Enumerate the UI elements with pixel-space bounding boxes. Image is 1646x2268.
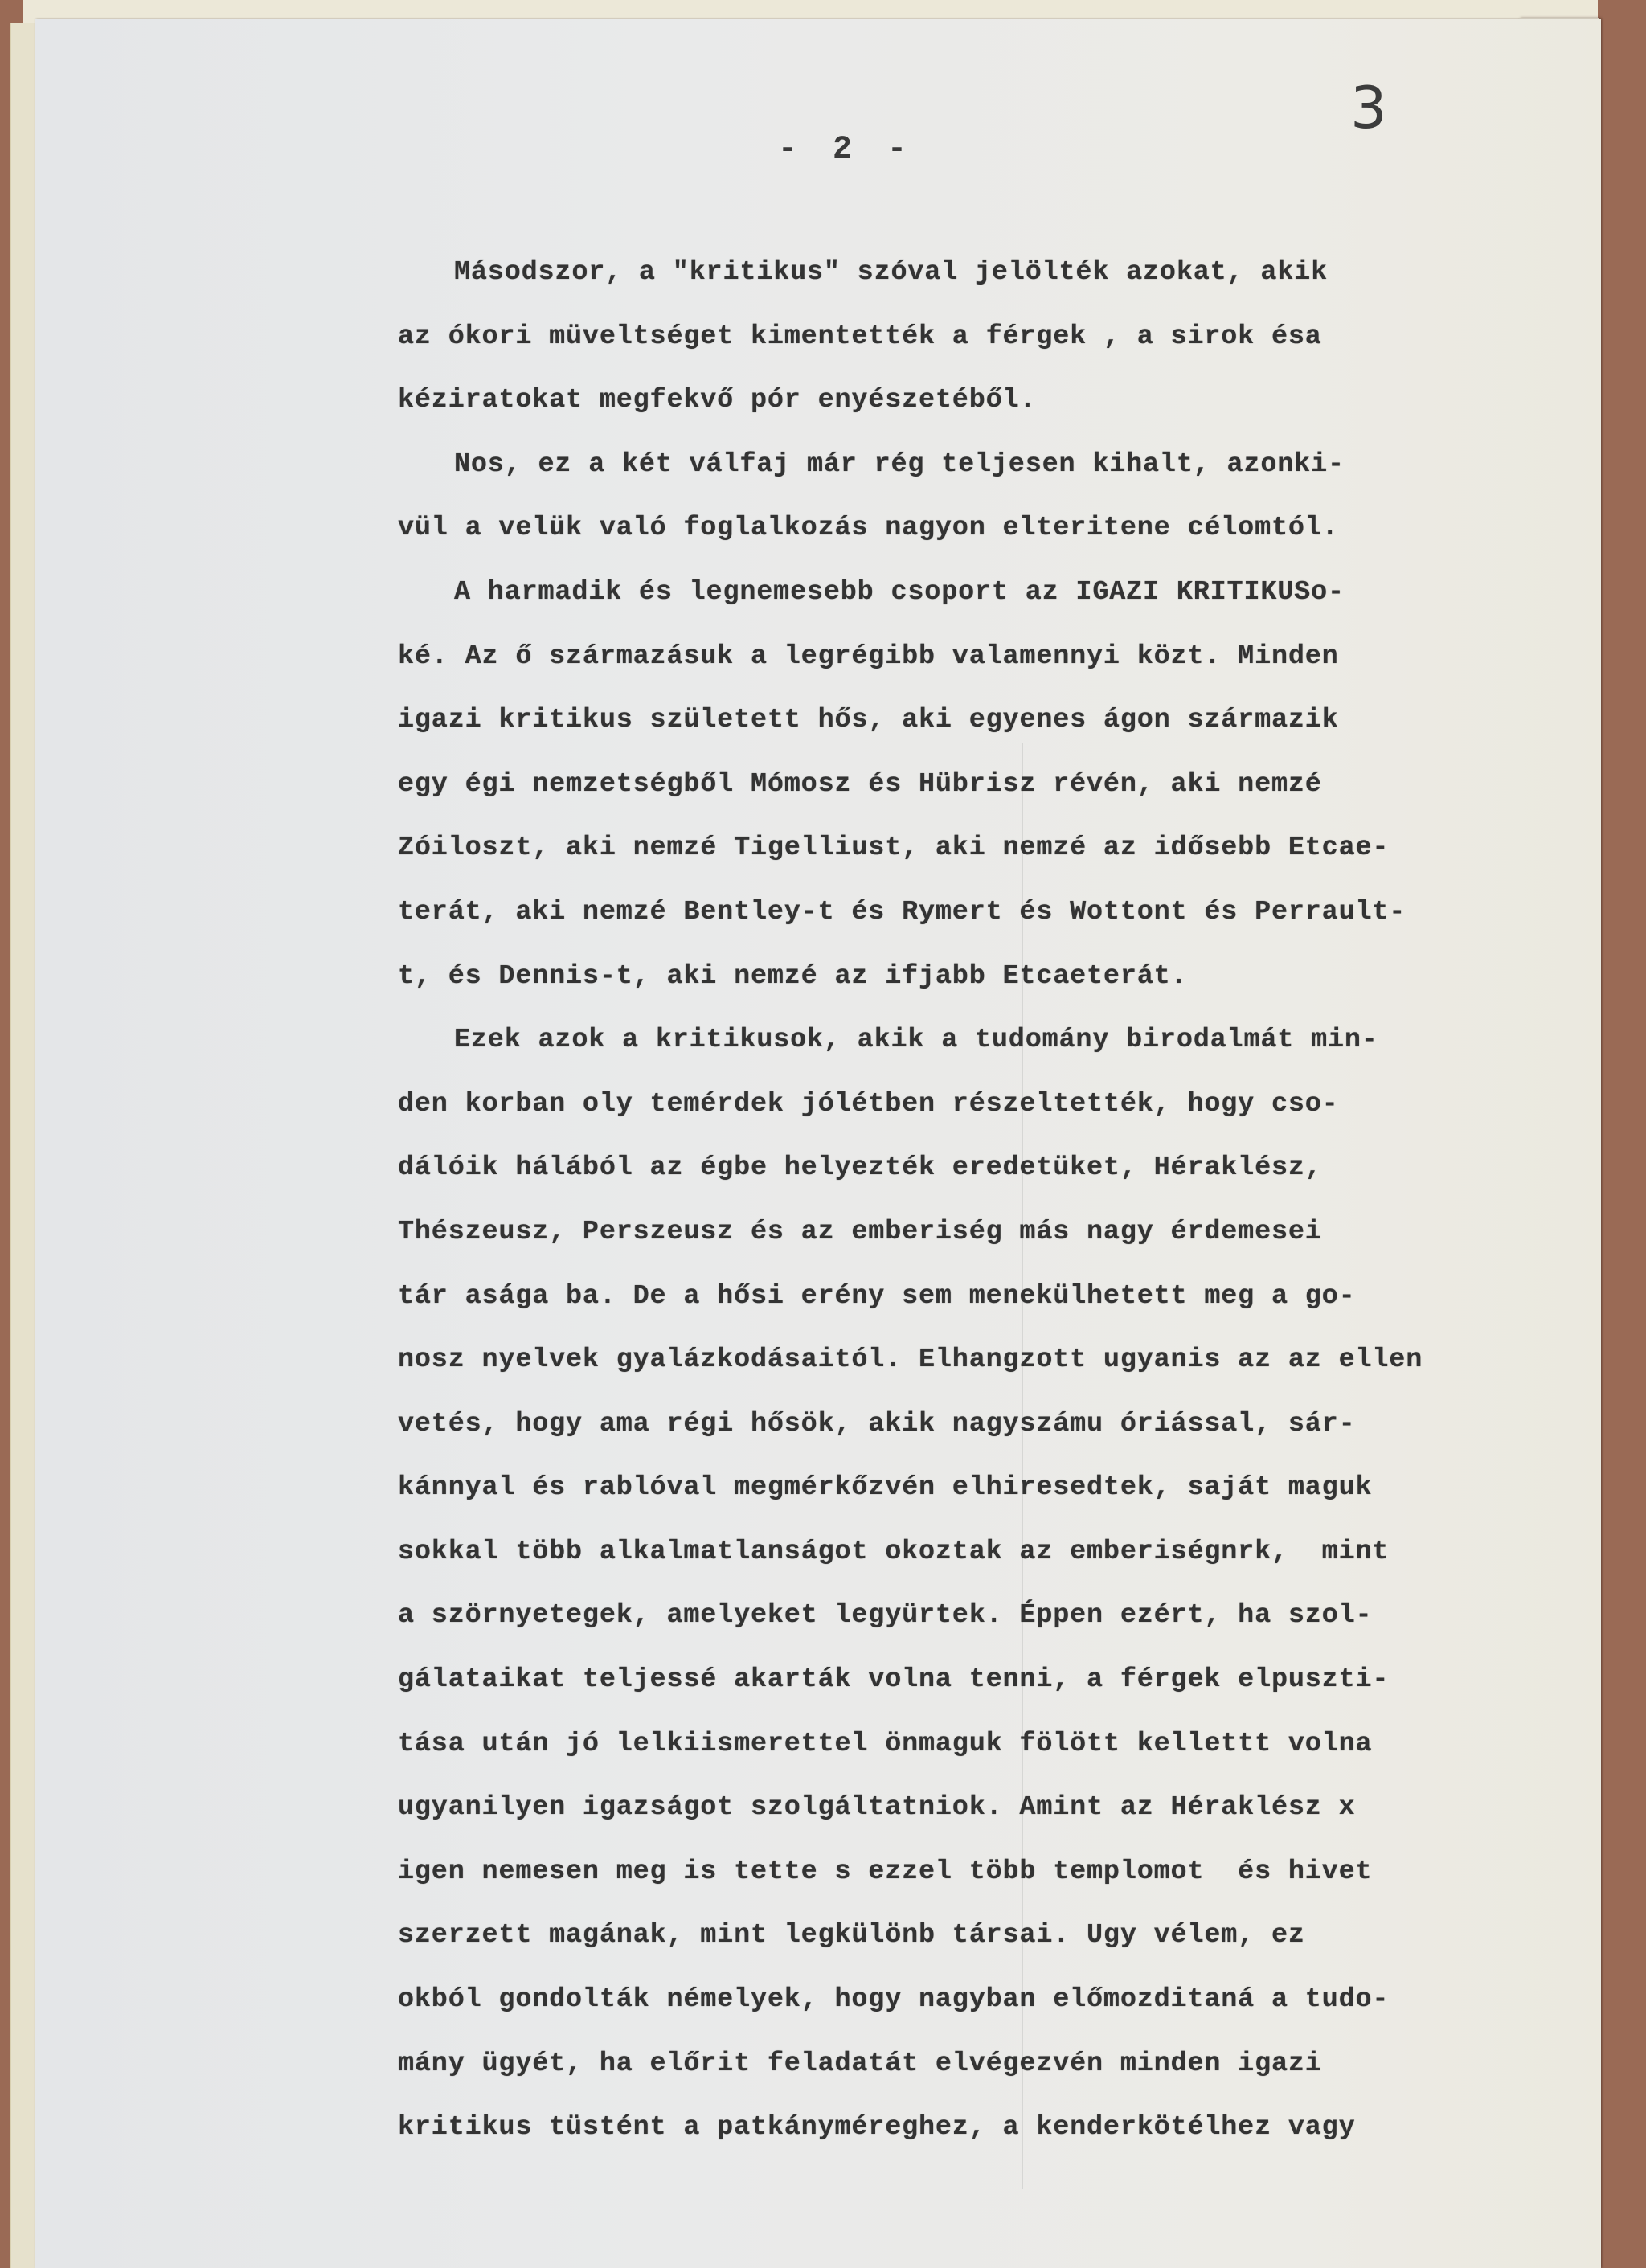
- text-line: tása után jó lelkiismerettel önmaguk föl…: [398, 1713, 1646, 1777]
- text-line: a szörnyetegek, amelyeket legyürtek. Épp…: [398, 1584, 1646, 1648]
- text-line: okból gondolták némelyek, hogy nagyban e…: [398, 1968, 1646, 2033]
- text-line: nosz nyelvek gyalázkodásaitól. Elhangzot…: [398, 1328, 1646, 1393]
- text-line: ugyanilyen igazságot szolgáltatniok. Ami…: [398, 1776, 1646, 1840]
- text-line: Másodszor, a "kritikus" szóval jelölték …: [398, 241, 1646, 305]
- text-line: igen nemesen meg is tette s ezzel több t…: [398, 1840, 1646, 1905]
- text-line: A harmadik és legnemesebb csoport az IGA…: [398, 561, 1646, 625]
- typed-page-number: - 2 -: [778, 132, 915, 168]
- body-text: Másodszor, a "kritikus" szóval jelölték …: [398, 241, 1646, 2160]
- text-line: kánnyal és rablóval megmérkőzvén elhires…: [398, 1456, 1646, 1521]
- text-line: terát, aki nemzé Bentley-t és Rymert és …: [398, 881, 1646, 945]
- text-line: kéziratokat megfekvő pór enyészetéből.: [398, 369, 1646, 433]
- text-line: vül a velük való foglalkozás nagyon elte…: [398, 497, 1646, 561]
- text-line: Zóiloszt, aki nemzé Tigelliust, aki nemz…: [398, 817, 1646, 881]
- text-line: szerzett magának, mint legkülönb társai.…: [398, 1904, 1646, 1968]
- text-line: t, és Dennis-t, aki nemzé az ifjabb Etca…: [398, 945, 1646, 1009]
- text-line: Nos, ez a két válfaj már rég teljesen ki…: [398, 433, 1646, 497]
- text-line: Thészeusz, Perszeusz és az emberiség más…: [398, 1201, 1646, 1265]
- handwritten-page-number: 3: [1350, 74, 1387, 141]
- text-line: ké. Az ő származásuk a legrégibb valamen…: [398, 625, 1646, 690]
- text-line: Ezek azok a kritikusok, akik a tudomány …: [398, 1009, 1646, 1073]
- text-line: kritikus tüstént a patkányméreghez, a ke…: [398, 2096, 1646, 2160]
- text-line: az ókori müveltséget kimentették a férge…: [398, 305, 1646, 370]
- text-line: egy égi nemzetségből Mómosz és Hübrisz r…: [398, 753, 1646, 817]
- text-line: gálataikat teljessé akarták volna tenni,…: [398, 1648, 1646, 1713]
- text-line: vetés, hogy ama régi hősök, akik nagyszá…: [398, 1393, 1646, 1457]
- text-line: den korban oly temérdek jólétben részelt…: [398, 1073, 1646, 1137]
- text-line: mány ügyét, ha előrit feladatát elvégezv…: [398, 2033, 1646, 2097]
- text-line: dálóik hálából az égbe helyezték eredetü…: [398, 1136, 1646, 1201]
- text-line: sokkal több alkalmatlanságot okoztak az …: [398, 1521, 1646, 1585]
- text-line: tár asága ba. De a hősi erény sem menekü…: [398, 1265, 1646, 1329]
- text-line: igazi kritikus született hős, aki egyene…: [398, 689, 1646, 753]
